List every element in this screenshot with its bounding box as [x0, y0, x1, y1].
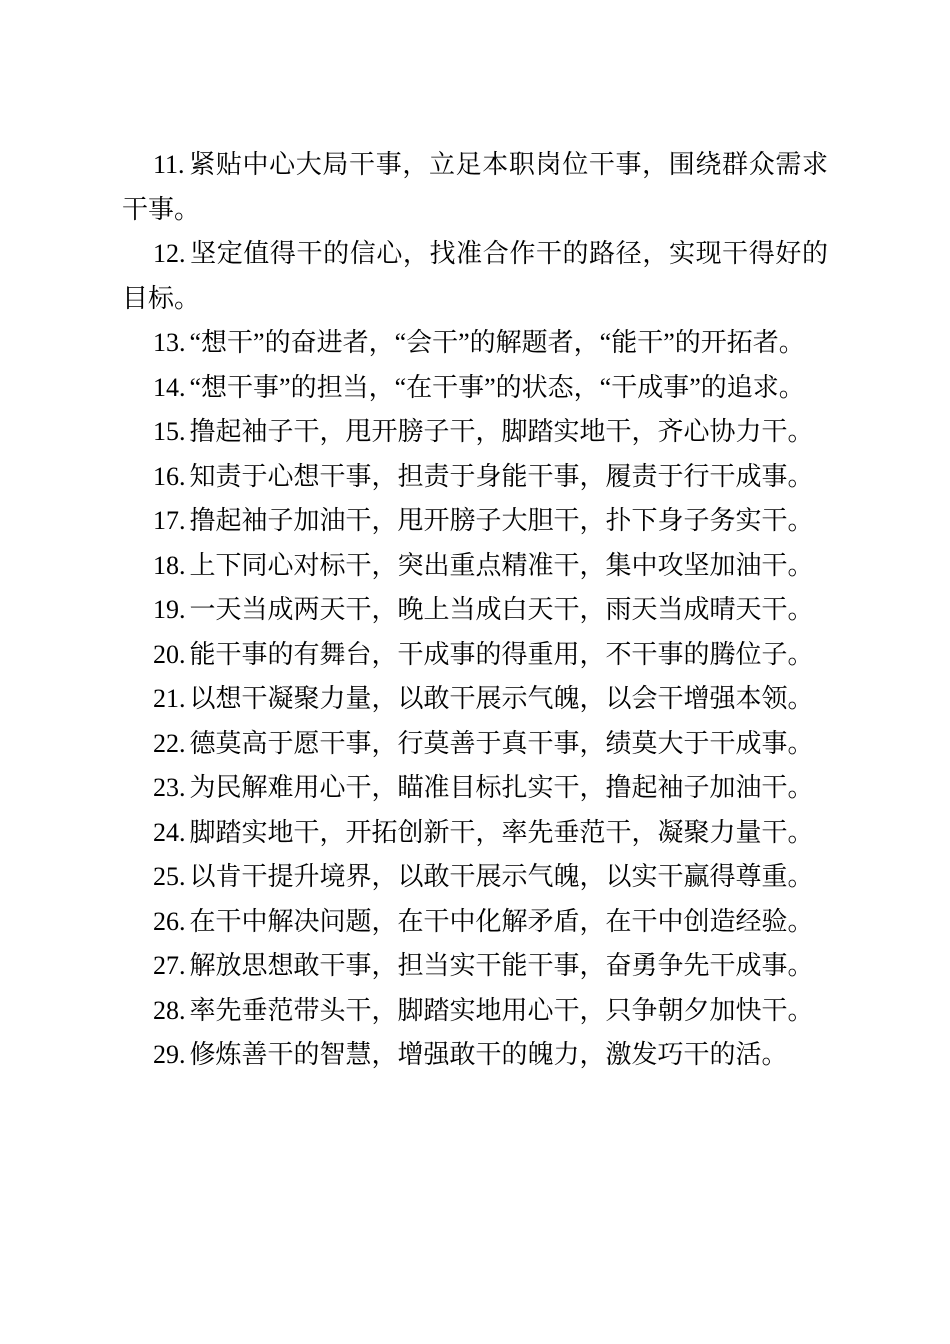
item-number: 20. [153, 640, 190, 669]
item-number: 16. [153, 462, 190, 491]
item-number: 13. [153, 328, 190, 357]
list-item: 21.以想干凝聚力量，以敢干展示气魄，以会干增强本领。 [122, 677, 828, 722]
list-item: 16.知责于心想干事，担责于身能干事，履责于行干成事。 [122, 455, 828, 500]
list-item: 19.一天当成两天干，晚上当成白天干，雨天当成晴天干。 [122, 588, 828, 633]
item-text: 脚踏实地干，开拓创新干，率先垂范干，凝聚力量干。 [190, 818, 814, 847]
item-text: 为民解难用心干，瞄准目标扎实干，撸起袖子加油干。 [190, 773, 814, 802]
item-text: 德莫高于愿干事，行莫善于真干事，绩莫大于干成事。 [190, 729, 814, 758]
item-text: 撸起袖子加油干，甩开膀子大胆干，扑下身子务实干。 [190, 506, 814, 535]
item-number: 28. [153, 996, 190, 1025]
item-number: 11. [153, 150, 189, 179]
list-item: 14.“想干事”的担当，“在干事”的状态，“干成事”的追求。 [122, 366, 828, 411]
list-item: 12.坚定值得干的信心，找准合作干的路径，实现干得好的目标。 [122, 232, 828, 321]
item-number: 19. [153, 595, 190, 624]
list-item: 27.解放思想敢干事，担当实干能干事，奋勇争先干成事。 [122, 944, 828, 989]
list-item: 28.率先垂范带头干，脚踏实地用心干，只争朝夕加快干。 [122, 989, 828, 1034]
item-number: 22. [153, 729, 190, 758]
item-text: 撸起袖子干，甩开膀子干，脚踏实地干，齐心协力干。 [190, 417, 814, 446]
list-item: 26.在干中解决问题，在干中化解矛盾，在干中创造经验。 [122, 900, 828, 945]
item-text: 以肯干提升境界，以敢干展示气魄，以实干赢得尊重。 [190, 862, 814, 891]
item-text: “想干事”的担当，“在干事”的状态，“干成事”的追求。 [190, 373, 805, 402]
item-number: 26. [153, 907, 190, 936]
list-item: 24.脚踏实地干，开拓创新干，率先垂范干，凝聚力量干。 [122, 811, 828, 856]
item-text: “想干”的奋进者，“会干”的解题者，“能干”的开拓者。 [190, 328, 805, 357]
item-number: 29. [153, 1040, 190, 1069]
list-item: 25.以肯干提升境界，以敢干展示气魄，以实干赢得尊重。 [122, 855, 828, 900]
item-number: 12. [153, 239, 190, 268]
item-number: 25. [153, 862, 190, 891]
item-text: 在干中解决问题，在干中化解矛盾，在干中创造经验。 [190, 907, 814, 936]
item-number: 21. [153, 684, 190, 713]
item-number: 18. [153, 551, 190, 580]
numbered-list: 11.紧贴中心大局干事，立足本职岗位干事，围绕群众需求干事。12.坚定值得干的信… [122, 143, 828, 1078]
item-text: 以想干凝聚力量，以敢干展示气魄，以会干增强本领。 [190, 684, 814, 713]
item-text: 率先垂范带头干，脚踏实地用心干，只争朝夕加快干。 [190, 996, 814, 1025]
item-text: 紧贴中心大局干事，立足本职岗位干事，围绕群众需求干事。 [122, 150, 828, 224]
item-number: 24. [153, 818, 190, 847]
item-number: 15. [153, 417, 190, 446]
item-text: 解放思想敢干事，担当实干能干事，奋勇争先干成事。 [190, 951, 814, 980]
list-item: 15.撸起袖子干，甩开膀子干，脚踏实地干，齐心协力干。 [122, 410, 828, 455]
item-number: 14. [153, 373, 190, 402]
item-text: 上下同心对标干，突出重点精准干，集中攻坚加油干。 [190, 551, 814, 580]
list-item: 11.紧贴中心大局干事，立足本职岗位干事，围绕群众需求干事。 [122, 143, 828, 232]
list-item: 29.修炼善干的智慧，增强敢干的魄力，激发巧干的活。 [122, 1033, 828, 1078]
list-item: 22.德莫高于愿干事，行莫善于真干事，绩莫大于干成事。 [122, 722, 828, 767]
item-number: 17. [153, 506, 190, 535]
list-item: 23.为民解难用心干，瞄准目标扎实干，撸起袖子加油干。 [122, 766, 828, 811]
item-text: 一天当成两天干，晚上当成白天干，雨天当成晴天干。 [190, 595, 814, 624]
list-item: 17.撸起袖子加油干，甩开膀子大胆干，扑下身子务实干。 [122, 499, 828, 544]
item-text: 修炼善干的智慧，增强敢干的魄力，激发巧干的活。 [190, 1040, 788, 1069]
list-item: 18.上下同心对标干，突出重点精准干，集中攻坚加油干。 [122, 544, 828, 589]
list-item: 13.“想干”的奋进者，“会干”的解题者，“能干”的开拓者。 [122, 321, 828, 366]
document-page: 11.紧贴中心大局干事，立足本职岗位干事，围绕群众需求干事。12.坚定值得干的信… [0, 0, 950, 1344]
item-number: 23. [153, 773, 190, 802]
item-text: 能干事的有舞台，干成事的得重用，不干事的腾位子。 [190, 640, 814, 669]
item-text: 坚定值得干的信心，找准合作干的路径，实现干得好的目标。 [122, 239, 828, 313]
item-number: 27. [153, 951, 190, 980]
list-item: 20.能干事的有舞台，干成事的得重用，不干事的腾位子。 [122, 633, 828, 678]
item-text: 知责于心想干事，担责于身能干事，履责于行干成事。 [190, 462, 814, 491]
